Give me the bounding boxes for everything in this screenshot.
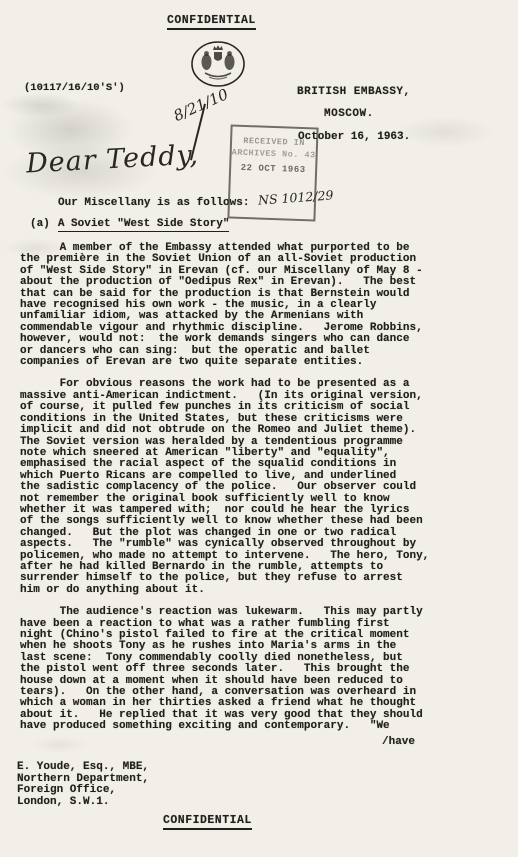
royal-crest-icon — [189, 39, 247, 94]
typed-date: October 16, 1963. — [298, 131, 410, 143]
item-heading-line: (a)A Soviet "West Side Story" — [30, 218, 229, 230]
classification-banner-bottom: CONFIDENTIAL — [163, 814, 252, 830]
intro-line: Our Miscellany is as follows: — [58, 197, 249, 209]
recipient-address: E. Youde, Esq., MBE, Northern Department… — [17, 762, 149, 808]
letter-body: A member of the Embassy attended what pu… — [20, 243, 429, 733]
paragraph-2: For obvious reasons the work had to be p… — [20, 379, 429, 596]
item-label: (a) — [30, 218, 50, 230]
classification-banner-top: CONFIDENTIAL — [167, 14, 256, 30]
address-line-city: London, S.W.1. — [17, 797, 149, 809]
scanned-letter-page: CONFIDENTIAL (10117/16/10'S') BRITISH EM… — [0, 0, 518, 857]
paragraph-3: The audience's reaction was lukewarm. Th… — [20, 607, 429, 732]
letterhead-embassy: BRITISH EMBASSY, — [297, 86, 411, 98]
handwritten-salutation: Dear Teddy, — [25, 139, 199, 179]
paragraph-1: A member of the Embassy attended what pu… — [20, 243, 429, 368]
item-heading: A Soviet "West Side Story" — [58, 218, 230, 232]
stamp-line-date: 22 OCT 1963 — [231, 162, 315, 177]
continuation-mark: /have — [382, 736, 415, 748]
letterhead-city: MOSCOW. — [324, 108, 374, 120]
reference-number: (10117/16/10'S') — [24, 82, 125, 94]
address-line-name: E. Youde, Esq., MBE, — [17, 762, 149, 774]
stamp-line-archives: ARCHIVES No. 43 — [231, 147, 315, 162]
